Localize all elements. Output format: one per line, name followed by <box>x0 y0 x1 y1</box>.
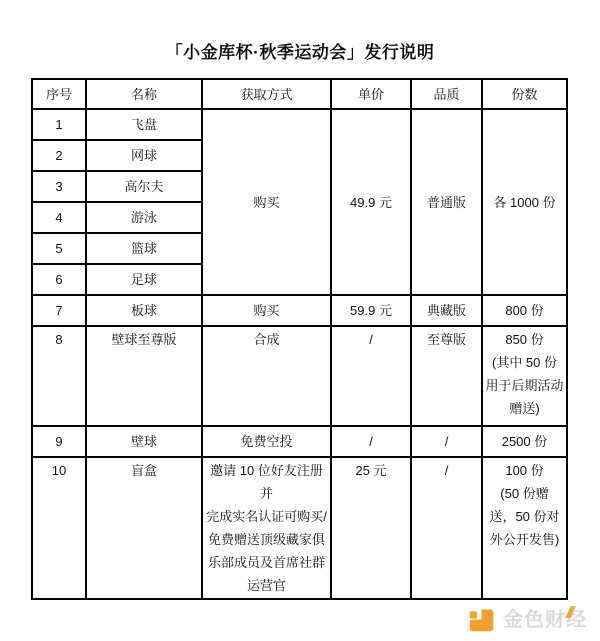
cell-quality: / <box>411 457 482 599</box>
cell-index: 10 <box>32 457 86 599</box>
cell-method: 邀请 10 位好友注册并 完成实名认证可购买/ 免费赠送顶级藏家俱 乐部成员及首… <box>202 457 331 599</box>
cell-name: 网球 <box>86 140 202 171</box>
count-note: (50 份赠 送，50 份对 外公开发售) <box>485 482 564 551</box>
table-row: 1 飞盘 购买 49.9 元 普通版 各 1000 份 <box>32 109 567 140</box>
table-row: 9 壁球 免费空投 / / 2500 份 <box>32 426 567 457</box>
cell-price: / <box>331 426 411 457</box>
cell-index: 9 <box>32 426 86 457</box>
cell-quality: 至尊版 <box>411 326 482 426</box>
cell-name: 篮球 <box>86 233 202 264</box>
watermark-text: 金色财经 <box>503 610 587 630</box>
col-header-quality: 品质 <box>411 79 482 109</box>
cell-price-merged: 49.9 元 <box>331 109 411 295</box>
cell-name: 足球 <box>86 264 202 295</box>
page-title: 「小金库杯·秋季运动会」发行说明 <box>0 0 600 63</box>
table-row: 8 壁球至尊版 合成 / 至尊版 850 份 (其中 50 份 用于后期活动 赠… <box>32 326 567 426</box>
cell-count-merged: 各 1000 份 <box>482 109 567 295</box>
cell-quality: 典藏版 <box>411 295 482 326</box>
col-header-price: 单价 <box>331 79 411 109</box>
cell-name: 高尔夫 <box>86 171 202 202</box>
cell-count: 850 份 (其中 50 份 用于后期活动 赠送) <box>482 326 567 426</box>
table-header-row: 序号 名称 获取方式 单价 品质 份数 <box>32 79 567 109</box>
cell-index: 6 <box>32 264 86 295</box>
issuance-table: 序号 名称 获取方式 单价 品质 份数 1 飞盘 购买 49.9 元 普通版 各… <box>31 78 568 600</box>
cell-index: 3 <box>32 171 86 202</box>
col-header-name: 名称 <box>86 79 202 109</box>
cell-method: 合成 <box>202 326 331 426</box>
cell-name: 飞盘 <box>86 109 202 140</box>
cell-method-merged: 购买 <box>202 109 331 295</box>
cell-name: 壁球 <box>86 426 202 457</box>
cell-index: 1 <box>32 109 86 140</box>
jinse-finance-logo-icon <box>467 605 496 634</box>
cell-price: / <box>331 326 411 426</box>
cell-name: 壁球至尊版 <box>86 326 202 426</box>
cell-index: 4 <box>32 202 86 233</box>
cell-quality-merged: 普通版 <box>411 109 482 295</box>
col-header-method: 获取方式 <box>202 79 331 109</box>
cell-price: 25 元 <box>331 457 411 599</box>
count-note: (其中 50 份 用于后期活动 赠送) <box>485 351 564 420</box>
table-row: 10 盲盒 邀请 10 位好友注册并 完成实名认证可购买/ 免费赠送顶级藏家俱 … <box>32 457 567 599</box>
cell-price: 59.9 元 <box>331 295 411 326</box>
cell-name: 板球 <box>86 295 202 326</box>
cell-count: 100 份 (50 份赠 送，50 份对 外公开发售) <box>482 457 567 599</box>
table-row: 7 板球 购买 59.9 元 典藏版 800 份 <box>32 295 567 326</box>
cell-method: 购买 <box>202 295 331 326</box>
cell-name: 游泳 <box>86 202 202 233</box>
cell-count: 800 份 <box>482 295 567 326</box>
cell-index: 5 <box>32 233 86 264</box>
document-page: 「小金库杯·秋季运动会」发行说明 序号 名称 获取方式 单价 品质 份数 1 飞… <box>0 0 600 641</box>
col-header-index: 序号 <box>32 79 86 109</box>
cell-count: 2500 份 <box>482 426 567 457</box>
cell-index: 2 <box>32 140 86 171</box>
watermark: 金色财经 <box>467 605 587 634</box>
cell-name: 盲盒 <box>86 457 202 599</box>
cell-index: 7 <box>32 295 86 326</box>
cell-method: 免费空投 <box>202 426 331 457</box>
count-value: 850 份 <box>485 328 564 351</box>
count-value: 100 份 <box>485 459 564 482</box>
cell-index: 8 <box>32 326 86 426</box>
cell-quality: / <box>411 426 482 457</box>
col-header-count: 份数 <box>482 79 567 109</box>
